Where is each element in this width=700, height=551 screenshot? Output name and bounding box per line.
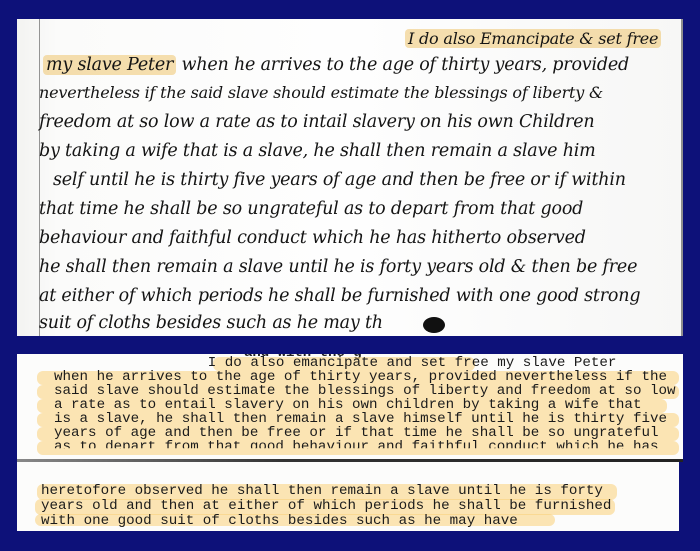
manuscript-line-11: suit of cloths besides such as he may th	[39, 313, 383, 333]
transcript-panel-lower: heretofore observed he shall then remain…	[17, 462, 679, 531]
manuscript-highlight: I do also Emancipate & set free	[405, 29, 661, 48]
manuscript-line-2: my slave Peter when he arrives to the ag…	[43, 55, 629, 75]
transcript-line-8: heretofore observed he shall then remain…	[41, 484, 603, 499]
manuscript-line-1: I do also Emancipate & set free	[405, 29, 661, 48]
page-edge	[681, 19, 683, 336]
manuscript-line-5: by taking a wife that is a slave, he sha…	[39, 141, 596, 161]
transcript-panel-upper: and with the g I do also emancipate and …	[17, 354, 683, 460]
manuscript-highlight: my slave Peter	[43, 55, 176, 75]
manuscript-line-10: at either of which periods he shall be f…	[39, 286, 640, 306]
manuscript-line-7: that time he shall be so ungrateful as t…	[39, 199, 583, 219]
manuscript-line-6: self until he is thirty five years of ag…	[53, 170, 626, 190]
transcript-line-6: years of age and then be free or if that…	[54, 426, 659, 441]
transcript-line-9: years old and then at either of which pe…	[41, 499, 611, 514]
manuscript-line-3: nevertheless if the said slave should es…	[39, 83, 603, 102]
transcript-line-10: with one good suit of cloths besides suc…	[41, 514, 518, 529]
ink-blot	[423, 317, 445, 333]
manuscript-line-4: freedom at so low a rate as to intail sl…	[39, 112, 594, 132]
manuscript-line-9: he shall then remain a slave until he is…	[39, 257, 637, 277]
manuscript-line-8: behaviour and faithful conduct which he …	[39, 228, 586, 248]
manuscript-text: when he arrives to the age of thirty yea…	[176, 55, 629, 75]
manuscript-image-panel: I do also Emancipate & set free my slave…	[17, 19, 683, 336]
